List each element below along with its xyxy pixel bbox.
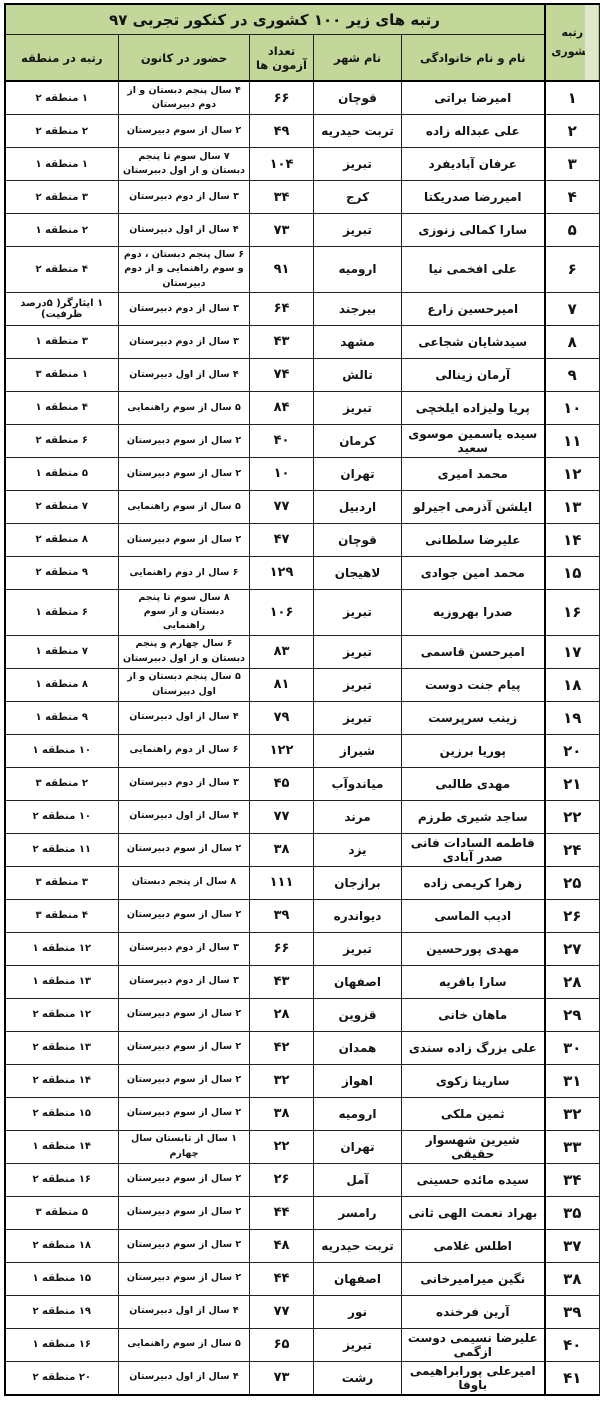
cell-kanoon-presence: ۲ سال از سوم دبیرستان <box>119 1262 250 1295</box>
table-row: ۵ سارا کمالی زنوزی تبریز ۷۳ ۴ سال از اول… <box>5 214 600 247</box>
cell-city: تبریز <box>314 701 402 734</box>
cell-kanoon-presence: ۶ سال پنجم دبستان ، دوم و سوم راهنمایی و… <box>119 247 250 293</box>
cell-city: اردبیل <box>314 490 402 523</box>
cell-kanoon-presence: ۵ سال از سوم راهنمایی <box>119 1328 250 1361</box>
cell-exam-count: ۴۴ <box>250 1196 314 1229</box>
cell-region-rank: ۱۵ منطقه ۲ <box>5 1097 119 1130</box>
cell-region-rank: ۴ منطقه ۱ <box>5 391 119 424</box>
cell-national-rank: ۱۷ <box>545 635 600 668</box>
table-row: ۱۷ امیرحسن قاسمی تبریز ۸۳ ۶ سال چهارم و … <box>5 635 600 668</box>
cell-region-rank: ۱۳ منطقه ۱ <box>5 965 119 998</box>
rankings-sheet: رتبه کشوری رتبه های زیر ۱۰۰ کشوری در کنک… <box>5 3 600 1396</box>
cell-exam-count: ۸۳ <box>250 635 314 668</box>
cell-kanoon-presence: ۲ سال از سوم دبیرستان <box>119 115 250 148</box>
cell-city: ارومیه <box>314 1097 402 1130</box>
cell-exam-count: ۲۶ <box>250 1163 314 1196</box>
cell-exam-count: ۳۹ <box>250 899 314 932</box>
table-row: ۴۱ امیرعلی پورابراهیمی باوفا رشت ۷۳ ۴ سا… <box>5 1361 600 1395</box>
cell-region-rank: ۱۶ منطقه ۲ <box>5 1163 119 1196</box>
cell-kanoon-presence: ۵ سال از سوم راهنمایی <box>119 490 250 523</box>
cell-exam-count: ۸۱ <box>250 668 314 701</box>
cell-national-rank: ۳۹ <box>545 1295 600 1328</box>
col-header-kanoon: حضور در کانون <box>119 35 250 82</box>
cell-city: تبریز <box>314 214 402 247</box>
cell-full-name: زهرا کریمی زاده <box>402 866 545 899</box>
cell-exam-count: ۲۸ <box>250 998 314 1031</box>
table-row: ۲۵ زهرا کریمی زاده برازجان ۱۱۱ ۸ سال از … <box>5 866 600 899</box>
cell-region-rank: ۳ منطقه ۱ <box>5 325 119 358</box>
table-row: ۳۹ آرین فرخنده نور ۷۷ ۴ سال از اول دبیرس… <box>5 1295 600 1328</box>
cell-region-rank: ۸ منطقه ۲ <box>5 523 119 556</box>
table-row: ۱ امیرضا براتی قوچان ۶۶ ۴ سال پنجم دبستا… <box>5 81 600 115</box>
cell-exam-count: ۷۷ <box>250 1295 314 1328</box>
table-row: ۲۲ ساجد شیری طرزم مرند ۷۷ ۴ سال از اول د… <box>5 800 600 833</box>
cell-city: دیواندره <box>314 899 402 932</box>
cell-region-rank: ۱۸ منطقه ۲ <box>5 1229 119 1262</box>
cell-full-name: ادیب الماسی <box>402 899 545 932</box>
cell-region-rank: ۹ منطقه ۲ <box>5 556 119 589</box>
cell-kanoon-presence: ۵ سال از سوم راهنمایی <box>119 391 250 424</box>
cell-national-rank: ۴۱ <box>545 1361 600 1395</box>
cell-full-name: علی عبداله زاده <box>402 115 545 148</box>
cell-region-rank: ۱۱ منطقه ۲ <box>5 833 119 866</box>
cell-city: شیراز <box>314 734 402 767</box>
cell-region-rank: ۶ منطقه ۱ <box>5 589 119 635</box>
cell-city: تهران <box>314 1130 402 1163</box>
cell-exam-count: ۱۲۹ <box>250 556 314 589</box>
cell-kanoon-presence: ۸ سال سوم تا پنجم دبستان و از سوم راهنما… <box>119 589 250 635</box>
cell-exam-count: ۷۴ <box>250 358 314 391</box>
cell-kanoon-presence: ۳ سال از دوم دبیرستان <box>119 965 250 998</box>
cell-full-name: علیرضا سلطانی <box>402 523 545 556</box>
cell-region-rank: ۱۳ منطقه ۲ <box>5 1031 119 1064</box>
table-row: ۱۵ محمد امین جوادی لاهیجان ۱۲۹ ۶ سال از … <box>5 556 600 589</box>
cell-exam-count: ۴۳ <box>250 325 314 358</box>
cell-kanoon-presence: ۴ سال از اول دبیرستان <box>119 701 250 734</box>
cell-region-rank: ۱ منطقه ۱ <box>5 148 119 181</box>
cell-exam-count: ۶۵ <box>250 1328 314 1361</box>
cell-region-rank: ۱۰ منطقه ۲ <box>5 800 119 833</box>
cell-national-rank: ۲۵ <box>545 866 600 899</box>
cell-city: میاندوآب <box>314 767 402 800</box>
table-row: ۱۶ صدرا بهروزیه تبریز ۱۰۶ ۸ سال سوم تا پ… <box>5 589 600 635</box>
cell-exam-count: ۱۱۱ <box>250 866 314 899</box>
cell-city: آمل <box>314 1163 402 1196</box>
cell-city: رشت <box>314 1361 402 1395</box>
cell-national-rank: ۷ <box>545 292 600 325</box>
cell-region-rank: ۴ منطقه ۳ <box>5 899 119 932</box>
cell-national-rank: ۱ <box>545 81 600 115</box>
cell-exam-count: ۱۰۶ <box>250 589 314 635</box>
cell-full-name: زینب سرپرست <box>402 701 545 734</box>
cell-region-rank: ۳ منطقه ۳ <box>5 866 119 899</box>
cell-city: قوچان <box>314 81 402 115</box>
cell-exam-count: ۳۸ <box>250 833 314 866</box>
cell-region-rank: ۷ منطقه ۲ <box>5 490 119 523</box>
cell-full-name: امیرعلی پورابراهیمی باوفا <box>402 1361 545 1395</box>
table-row: ۲۶ ادیب الماسی دیواندره ۳۹ ۲ سال از سوم … <box>5 899 600 932</box>
table-row: ۱۲ محمد امیری تهران ۱۰ ۲ سال از سوم دبیر… <box>5 457 600 490</box>
cell-national-rank: ۲۱ <box>545 767 600 800</box>
cell-city: تبریز <box>314 391 402 424</box>
cell-full-name: سیده یاسمین موسوی سعید <box>402 424 545 457</box>
cell-full-name: ماهان خانی <box>402 998 545 1031</box>
table-row: ۸ سیدشایان شجاعی مشهد ۴۳ ۳ سال از دوم دب… <box>5 325 600 358</box>
cell-city: همدان <box>314 1031 402 1064</box>
cell-kanoon-presence: ۲ سال از سوم دبیرستان <box>119 1229 250 1262</box>
cell-exam-count: ۳۲ <box>250 1064 314 1097</box>
cell-national-rank: ۲۷ <box>545 932 600 965</box>
cell-full-name: امیرحسین زارع <box>402 292 545 325</box>
cell-national-rank: ۳۵ <box>545 1196 600 1229</box>
cell-region-rank: ۱۹ منطقه ۲ <box>5 1295 119 1328</box>
cell-kanoon-presence: ۲ سال از سوم دبیرستان <box>119 424 250 457</box>
table-row: ۳۱ سارینا زکوی اهواز ۳۲ ۲ سال از سوم دبی… <box>5 1064 600 1097</box>
cell-region-rank: ۱۴ منطقه ۱ <box>5 1130 119 1163</box>
cell-national-rank: ۳ <box>545 148 600 181</box>
cell-exam-count: ۴۰ <box>250 424 314 457</box>
table-row: ۲۱ مهدی طالبی میاندوآب ۴۵ ۳ سال از دوم د… <box>5 767 600 800</box>
table-row: ۳ عرفان آبادیفرد تبریز ۱۰۴ ۷ سال سوم تا … <box>5 148 600 181</box>
cell-region-rank: ۱ منطقه ۲ <box>5 81 119 115</box>
col-header-city: نام شهر <box>314 35 402 82</box>
table-row: ۴ امیررضا صدریکتا کرج ۳۴ ۳ سال از دوم دب… <box>5 181 600 214</box>
cell-exam-count: ۴۲ <box>250 1031 314 1064</box>
cell-full-name: سارا باقریه <box>402 965 545 998</box>
cell-city: قزوین <box>314 998 402 1031</box>
cell-region-rank: ۳ منطقه ۲ <box>5 181 119 214</box>
cell-national-rank: ۲۶ <box>545 899 600 932</box>
table-row: ۶ علی افخمی نیا ارومیه ۹۱ ۶ سال پنجم دبس… <box>5 247 600 293</box>
col-header-national-rank: رتبه کشوری <box>545 4 600 81</box>
cell-region-rank: ۱۲ منطقه ۱ <box>5 932 119 965</box>
cell-city: مرند <box>314 800 402 833</box>
cell-region-rank: ۵ منطقه ۳ <box>5 1196 119 1229</box>
cell-national-rank: ۳۳ <box>545 1130 600 1163</box>
cell-kanoon-presence: ۳ سال از دوم دبیرستان <box>119 932 250 965</box>
cell-exam-count: ۴۷ <box>250 523 314 556</box>
cell-city: یزد <box>314 833 402 866</box>
cell-full-name: مهدی پورحسین <box>402 932 545 965</box>
table-row: ۱۹ زینب سرپرست تبریز ۷۹ ۴ سال از اول دبی… <box>5 701 600 734</box>
cell-exam-count: ۷۷ <box>250 800 314 833</box>
cell-exam-count: ۷۳ <box>250 214 314 247</box>
cell-kanoon-presence: ۶ سال از دوم راهنمایی <box>119 556 250 589</box>
table-row: ۳۳ شیرین شهسوار حقیقی تهران ۲۲ ۱ سال از … <box>5 1130 600 1163</box>
page-title: رتبه های زیر ۱۰۰ کشوری در کنکور تجربی ۹۷ <box>5 4 545 35</box>
cell-region-rank: ۱ ایثارگر( ۵درصد ظرفیت) <box>5 292 119 325</box>
table-row: ۹ آرمان زینالی تالش ۷۴ ۴ سال از اول دبیر… <box>5 358 600 391</box>
cell-city: تبریز <box>314 668 402 701</box>
cell-full-name: نگین میرامیرخانی <box>402 1262 545 1295</box>
cell-national-rank: ۳۰ <box>545 1031 600 1064</box>
col-header-name: نام و نام خانوادگی <box>402 35 545 82</box>
cell-kanoon-presence: ۲ سال از سوم دبیرستان <box>119 833 250 866</box>
table-row: ۱۳ ایلشن آذرمی اجیرلو اردبیل ۷۷ ۵ سال از… <box>5 490 600 523</box>
cell-kanoon-presence: ۲ سال از سوم دبیرستان <box>119 1196 250 1229</box>
cell-region-rank: ۱۰ منطقه ۱ <box>5 734 119 767</box>
table-row: ۳۵ بهراد نعمت الهی ثانی رامسر ۴۴ ۲ سال ا… <box>5 1196 600 1229</box>
table-header: رتبه کشوری رتبه های زیر ۱۰۰ کشوری در کنک… <box>5 4 600 81</box>
cell-national-rank: ۲ <box>545 115 600 148</box>
cell-kanoon-presence: ۵ سال پنجم دبستان و از اول دبیرستان <box>119 668 250 701</box>
cell-city: تبریز <box>314 148 402 181</box>
col-header-exams: تعداد آزمون ها <box>250 35 314 82</box>
cell-full-name: سارینا زکوی <box>402 1064 545 1097</box>
cell-exam-count: ۱۰ <box>250 457 314 490</box>
national-rankings-table: رتبه کشوری رتبه های زیر ۱۰۰ کشوری در کنک… <box>4 3 600 1396</box>
cell-exam-count: ۷۹ <box>250 701 314 734</box>
cell-region-rank: ۱ منطقه ۳ <box>5 358 119 391</box>
cell-city: مشهد <box>314 325 402 358</box>
cell-national-rank: ۹ <box>545 358 600 391</box>
cell-kanoon-presence: ۳ سال از دوم دبیرستان <box>119 292 250 325</box>
cell-exam-count: ۷۷ <box>250 490 314 523</box>
cell-region-rank: ۸ منطقه ۱ <box>5 668 119 701</box>
cell-full-name: محمد امیری <box>402 457 545 490</box>
cell-national-rank: ۱۹ <box>545 701 600 734</box>
cell-national-rank: ۲۸ <box>545 965 600 998</box>
table-row: ۴۰ علیرضا نسیمی دوست ازگمی تبریز ۶۵ ۵ سا… <box>5 1328 600 1361</box>
table-body: ۱ امیرضا براتی قوچان ۶۶ ۴ سال پنجم دبستا… <box>5 81 600 1395</box>
cell-national-rank: ۴۰ <box>545 1328 600 1361</box>
cell-exam-count: ۹۱ <box>250 247 314 293</box>
table-row: ۷ امیرحسین زارع بیرجند ۶۴ ۳ سال از دوم د… <box>5 292 600 325</box>
table-row: ۳۷ اطلس غلامی تربت حیدریه ۴۸ ۲ سال از سو… <box>5 1229 600 1262</box>
cell-national-rank: ۱۳ <box>545 490 600 523</box>
cell-kanoon-presence: ۲ سال از سوم دبیرستان <box>119 1031 250 1064</box>
table-row: ۲۸ سارا باقریه اصفهان ۴۳ ۳ سال از دوم دب… <box>5 965 600 998</box>
cell-full-name: عرفان آبادیفرد <box>402 148 545 181</box>
cell-full-name: فاطمه السادات فانی صدر آبادی <box>402 833 545 866</box>
cell-city: تبریز <box>314 589 402 635</box>
cell-national-rank: ۱۱ <box>545 424 600 457</box>
cell-region-rank: ۲ منطقه ۱ <box>5 214 119 247</box>
cell-national-rank: ۱۸ <box>545 668 600 701</box>
table-row: ۳۲ ثمین ملکی ارومیه ۳۸ ۲ سال از سوم دبیر… <box>5 1097 600 1130</box>
cell-full-name: امیررضا صدریکتا <box>402 181 545 214</box>
cell-full-name: امیرضا براتی <box>402 81 545 115</box>
cell-exam-count: ۶۶ <box>250 81 314 115</box>
cell-full-name: سارا کمالی زنوزی <box>402 214 545 247</box>
cell-full-name: مهدی طالبی <box>402 767 545 800</box>
cell-region-rank: ۱۴ منطقه ۲ <box>5 1064 119 1097</box>
cell-exam-count: ۴۴ <box>250 1262 314 1295</box>
cell-kanoon-presence: ۳ سال از دوم دبیرستان <box>119 767 250 800</box>
cell-national-rank: ۸ <box>545 325 600 358</box>
cell-region-rank: ۲ منطقه ۳ <box>5 767 119 800</box>
cell-kanoon-presence: ۷ سال سوم تا پنجم دبستان و از اول دبیرست… <box>119 148 250 181</box>
cell-full-name: اطلس غلامی <box>402 1229 545 1262</box>
table-row: ۱۴ علیرضا سلطانی قوچان ۴۷ ۲ سال از سوم د… <box>5 523 600 556</box>
cell-exam-count: ۸۴ <box>250 391 314 424</box>
cell-exam-count: ۴۵ <box>250 767 314 800</box>
table-row: ۱۸ پیام جنت دوست تبریز ۸۱ ۵ سال پنجم دبس… <box>5 668 600 701</box>
cell-full-name: پوریا برزین <box>402 734 545 767</box>
cell-city: اصفهان <box>314 965 402 998</box>
table-row: ۱۱ سیده یاسمین موسوی سعید کرمان ۴۰ ۲ سال… <box>5 424 600 457</box>
cell-full-name: ثمین ملکی <box>402 1097 545 1130</box>
cell-kanoon-presence: ۴ سال از اول دبیرستان <box>119 214 250 247</box>
table-row: ۲۴ فاطمه السادات فانی صدر آبادی یزد ۳۸ ۲… <box>5 833 600 866</box>
cell-national-rank: ۶ <box>545 247 600 293</box>
cell-kanoon-presence: ۲ سال از سوم دبیرستان <box>119 899 250 932</box>
cell-exam-count: ۷۳ <box>250 1361 314 1395</box>
cell-full-name: علی افخمی نیا <box>402 247 545 293</box>
table-row: ۳۴ سیده مائده حسینی آمل ۲۶ ۲ سال از سوم … <box>5 1163 600 1196</box>
cell-kanoon-presence: ۲ سال از سوم دبیرستان <box>119 1163 250 1196</box>
cell-national-rank: ۲۹ <box>545 998 600 1031</box>
table-row: ۳۰ علی بزرگ زاده سندی همدان ۴۲ ۲ سال از … <box>5 1031 600 1064</box>
cell-national-rank: ۴ <box>545 181 600 214</box>
col-header-region: رتبه در منطقه <box>5 35 119 82</box>
cell-city: کرج <box>314 181 402 214</box>
cell-city: اصفهان <box>314 1262 402 1295</box>
table-row: ۱۰ پریا ولیزاده ایلخچی تبریز ۸۴ ۵ سال از… <box>5 391 600 424</box>
cell-exam-count: ۴۹ <box>250 115 314 148</box>
cell-kanoon-presence: ۲ سال از سوم دبیرستان <box>119 523 250 556</box>
cell-kanoon-presence: ۶ سال چهارم و پنجم دبستان و از اول دبیرس… <box>119 635 250 668</box>
cell-national-rank: ۳۲ <box>545 1097 600 1130</box>
cell-city: تالش <box>314 358 402 391</box>
cell-kanoon-presence: ۴ سال از اول دبیرستان <box>119 1295 250 1328</box>
cell-region-rank: ۶ منطقه ۲ <box>5 424 119 457</box>
table-row: ۲۹ ماهان خانی قزوین ۲۸ ۲ سال از سوم دبیر… <box>5 998 600 1031</box>
cell-full-name: آرمان زینالی <box>402 358 545 391</box>
cell-kanoon-presence: ۴ سال پنجم دبستان و از دوم دبیرستان <box>119 81 250 115</box>
cell-kanoon-presence: ۲ سال از سوم دبیرستان <box>119 998 250 1031</box>
cell-national-rank: ۲۰ <box>545 734 600 767</box>
cell-kanoon-presence: ۴ سال از اول دبیرستان <box>119 1361 250 1395</box>
cell-national-rank: ۱۲ <box>545 457 600 490</box>
cell-region-rank: ۱۶ منطقه ۱ <box>5 1328 119 1361</box>
cell-region-rank: ۱۵ منطقه ۱ <box>5 1262 119 1295</box>
cell-city: لاهیجان <box>314 556 402 589</box>
cell-kanoon-presence: ۳ سال از دوم دبیرستان <box>119 325 250 358</box>
cell-city: ارومیه <box>314 247 402 293</box>
cell-city: تهران <box>314 457 402 490</box>
cell-exam-count: ۱۲۲ <box>250 734 314 767</box>
table-row: ۲ علی عبداله زاده تربت حیدریه ۴۹ ۲ سال ا… <box>5 115 600 148</box>
cell-national-rank: ۱۶ <box>545 589 600 635</box>
cell-national-rank: ۲۴ <box>545 833 600 866</box>
cell-full-name: علیرضا نسیمی دوست ازگمی <box>402 1328 545 1361</box>
cell-region-rank: ۴ منطقه ۲ <box>5 247 119 293</box>
cell-city: نور <box>314 1295 402 1328</box>
cell-exam-count: ۳۴ <box>250 181 314 214</box>
cell-national-rank: ۳۷ <box>545 1229 600 1262</box>
cell-national-rank: ۵ <box>545 214 600 247</box>
cell-city: برازجان <box>314 866 402 899</box>
cell-exam-count: ۴۸ <box>250 1229 314 1262</box>
cell-region-rank: ۵ منطقه ۱ <box>5 457 119 490</box>
cell-region-rank: ۲۰ منطقه ۲ <box>5 1361 119 1395</box>
cell-region-rank: ۹ منطقه ۱ <box>5 701 119 734</box>
cell-full-name: آرین فرخنده <box>402 1295 545 1328</box>
cell-exam-count: ۳۸ <box>250 1097 314 1130</box>
cell-full-name: محمد امین جوادی <box>402 556 545 589</box>
cell-kanoon-presence: ۲ سال از سوم دبیرستان <box>119 1097 250 1130</box>
table-row: ۲۷ مهدی پورحسین تبریز ۶۶ ۳ سال از دوم دب… <box>5 932 600 965</box>
cell-exam-count: ۲۲ <box>250 1130 314 1163</box>
cell-region-rank: ۲ منطقه ۲ <box>5 115 119 148</box>
cell-full-name: سیده مائده حسینی <box>402 1163 545 1196</box>
cell-national-rank: ۱۰ <box>545 391 600 424</box>
cell-city: قوچان <box>314 523 402 556</box>
cell-region-rank: ۷ منطقه ۱ <box>5 635 119 668</box>
cell-national-rank: ۳۸ <box>545 1262 600 1295</box>
cell-city: تبریز <box>314 635 402 668</box>
cell-full-name: امیرحسن قاسمی <box>402 635 545 668</box>
cell-exam-count: ۶۴ <box>250 292 314 325</box>
cell-national-rank: ۳۱ <box>545 1064 600 1097</box>
cell-full-name: پیام جنت دوست <box>402 668 545 701</box>
cell-kanoon-presence: ۴ سال از اول دبیرستان <box>119 358 250 391</box>
table-row: ۳۸ نگین میرامیرخانی اصفهان ۴۴ ۲ سال از س… <box>5 1262 600 1295</box>
cell-city: رامسر <box>314 1196 402 1229</box>
cell-full-name: ایلشن آذرمی اجیرلو <box>402 490 545 523</box>
cell-exam-count: ۱۰۴ <box>250 148 314 181</box>
cell-city: کرمان <box>314 424 402 457</box>
col-header-national-rank-label: رتبه کشوری <box>552 24 592 61</box>
cell-city: تربت حیدریه <box>314 115 402 148</box>
cell-city: بیرجند <box>314 292 402 325</box>
cell-national-rank: ۱۵ <box>545 556 600 589</box>
cell-full-name: بهراد نعمت الهی ثانی <box>402 1196 545 1229</box>
cell-city: تربت حیدریه <box>314 1229 402 1262</box>
cell-national-rank: ۲۲ <box>545 800 600 833</box>
cell-kanoon-presence: ۲ سال از سوم دبیرستان <box>119 457 250 490</box>
cell-full-name: ساجد شیری طرزم <box>402 800 545 833</box>
cell-exam-count: ۴۳ <box>250 965 314 998</box>
cell-kanoon-presence: ۳ سال از دوم دبیرستان <box>119 181 250 214</box>
cell-region-rank: ۱۲ منطقه ۲ <box>5 998 119 1031</box>
cell-kanoon-presence: ۸ سال از پنجم دبستان <box>119 866 250 899</box>
cell-national-rank: ۳۴ <box>545 1163 600 1196</box>
cell-kanoon-presence: ۶ سال از دوم راهنمایی <box>119 734 250 767</box>
cell-full-name: پریا ولیزاده ایلخچی <box>402 391 545 424</box>
cell-full-name: علی بزرگ زاده سندی <box>402 1031 545 1064</box>
cell-city: تبریز <box>314 932 402 965</box>
cell-city: تبریز <box>314 1328 402 1361</box>
cell-full-name: شیرین شهسوار حقیقی <box>402 1130 545 1163</box>
cell-full-name: سیدشایان شجاعی <box>402 325 545 358</box>
cell-city: اهواز <box>314 1064 402 1097</box>
table-row: ۲۰ پوریا برزین شیراز ۱۲۲ ۶ سال از دوم را… <box>5 734 600 767</box>
cell-kanoon-presence: ۲ سال از سوم دبیرستان <box>119 1064 250 1097</box>
cell-full-name: صدرا بهروزیه <box>402 589 545 635</box>
cell-kanoon-presence: ۴ سال از اول دبیرستان <box>119 800 250 833</box>
cell-national-rank: ۱۴ <box>545 523 600 556</box>
cell-kanoon-presence: ۱ سال از تابستان سال چهارم <box>119 1130 250 1163</box>
cell-exam-count: ۶۶ <box>250 932 314 965</box>
